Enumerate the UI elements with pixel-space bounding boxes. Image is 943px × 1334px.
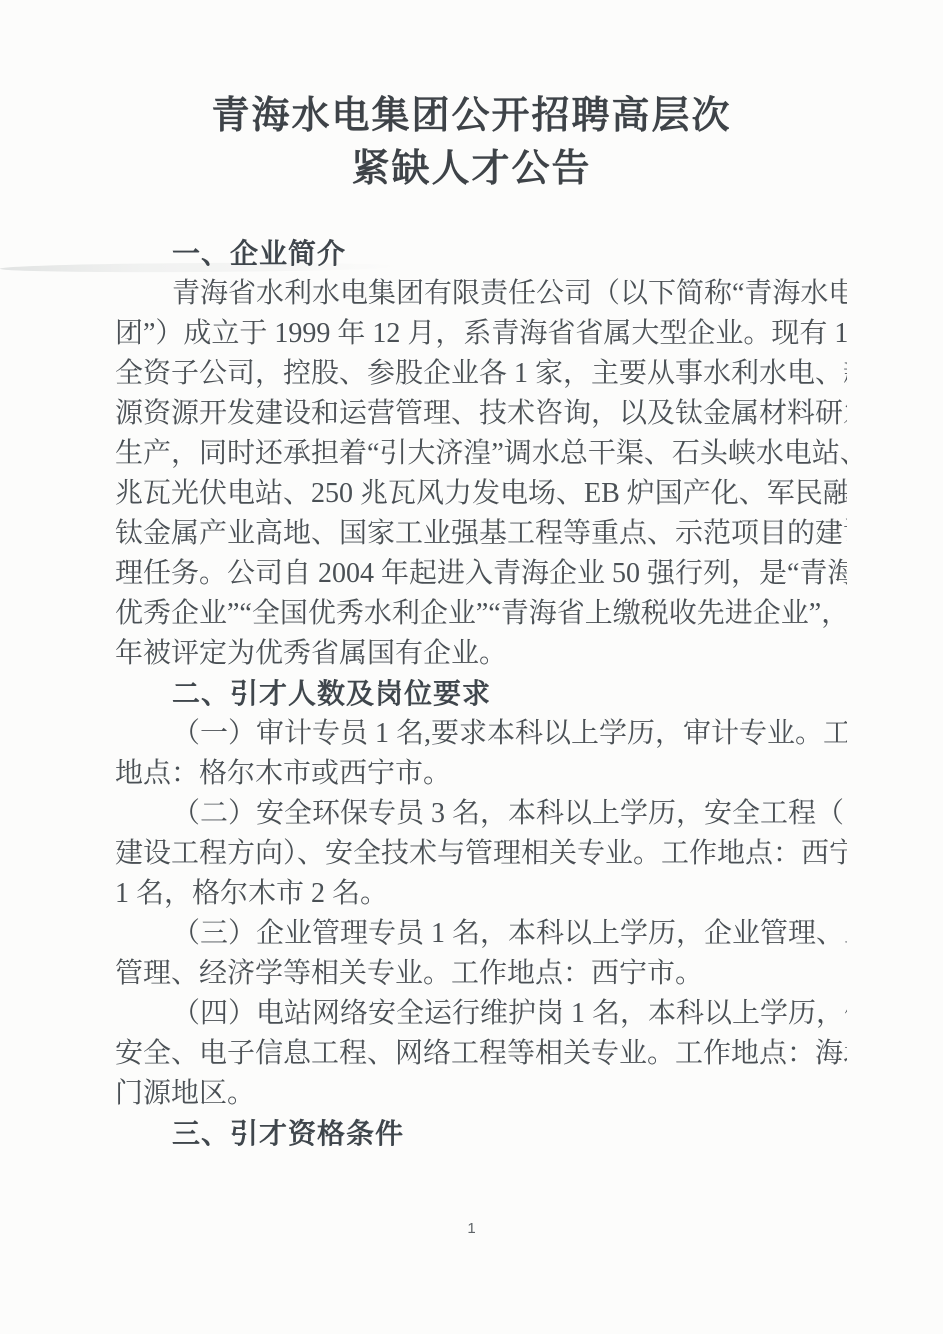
paragraph: （二）安全环保专员 3 名，本科以上学历，安全工程（电力、建设工程方向）、安全技… bbox=[115, 794, 847, 914]
text-line: 理任务。公司自 2004 年起进入青海企业 50 强行列，是“青海省 bbox=[115, 554, 847, 594]
text-line: （一）审计专员 1 名,要求本科以上学历，审计专业。工作 bbox=[115, 714, 847, 754]
text-line: 青海省水利水电集团有限责任公司（以下简称“青海水电集 bbox=[115, 274, 847, 314]
text-line: 钛金属产业高地、国家工业强基工程等重点、示范项目的建设管 bbox=[115, 514, 847, 554]
text-line: 年被评定为优秀省属国有企业。 bbox=[115, 634, 847, 674]
document-page: 青海水电集团公开招聘高层次 紧缺人才公告 一、企业简介青海省水利水电集团有限责任… bbox=[0, 0, 943, 1334]
text-line: 地点：格尔木市或西宁市。 bbox=[115, 754, 847, 794]
text-line: （三）企业管理专员 1 名，本科以上学历，企业管理、工商 bbox=[115, 914, 847, 954]
text-line: 管理、经济学等相关专业。工作地点：西宁市。 bbox=[115, 954, 847, 994]
document-body: 一、企业简介青海省水利水电集团有限责任公司（以下简称“青海水电集团”）成立于 1… bbox=[115, 234, 847, 1154]
paragraph: （三）企业管理专员 1 名，本科以上学历，企业管理、工商管理、经济学等相关专业。… bbox=[115, 914, 847, 994]
text-line: 建设工程方向）、安全技术与管理相关专业。工作地点：西宁市 bbox=[115, 834, 847, 874]
text-line: 全资子公司，控股、参股企业各 1 家，主要从事水利水电、新能 bbox=[115, 354, 847, 394]
text-line: 团”）成立于 1999 年 12 月，系青海省省属大型企业。现有 12 家 bbox=[115, 314, 847, 354]
section-heading: 二、引才人数及岗位要求 bbox=[115, 674, 847, 714]
text-line: 生产，同时还承担着“引大济湟”调水总干渠、石头峡水电站、200 bbox=[115, 434, 847, 474]
text-line: （四）电站网络安全运行维护岗 1 名，本科以上学历，信息 bbox=[115, 994, 847, 1034]
text-line: 门源地区。 bbox=[115, 1074, 847, 1114]
text-line: 兆瓦光伏电站、250 兆瓦风力发电场、EB 炉国产化、军民融合 bbox=[115, 474, 847, 514]
paragraph: （一）审计专员 1 名,要求本科以上学历，审计专业。工作地点：格尔木市或西宁市。 bbox=[115, 714, 847, 794]
page-number: 1 bbox=[0, 1219, 943, 1239]
text-line: 源资源开发建设和运营管理、技术咨询，以及钛金属材料研发、 bbox=[115, 394, 847, 434]
paragraph: （四）电站网络安全运行维护岗 1 名，本科以上学历，信息安全、电子信息工程、网络… bbox=[115, 994, 847, 1114]
title-line-2: 紧缺人才公告 bbox=[0, 143, 943, 196]
document-title: 青海水电集团公开招聘高层次 紧缺人才公告 bbox=[0, 90, 943, 196]
text-line: （二）安全环保专员 3 名，本科以上学历，安全工程（电力、 bbox=[115, 794, 847, 834]
paragraph: 青海省水利水电集团有限责任公司（以下简称“青海水电集团”）成立于 1999 年 … bbox=[115, 274, 847, 674]
section-heading: 三、引才资格条件 bbox=[115, 1114, 847, 1154]
text-line: 安全、电子信息工程、网络工程等相关专业。工作地点：海北州 bbox=[115, 1034, 847, 1074]
text-line: 1 名，格尔木市 2 名。 bbox=[115, 874, 847, 914]
text-line: 优秀企业”“全国优秀水利企业”“青海省上缴税收先进企业”，11 bbox=[115, 594, 847, 634]
title-line-1: 青海水电集团公开招聘高层次 bbox=[0, 90, 943, 143]
section-heading: 一、企业简介 bbox=[115, 234, 847, 274]
